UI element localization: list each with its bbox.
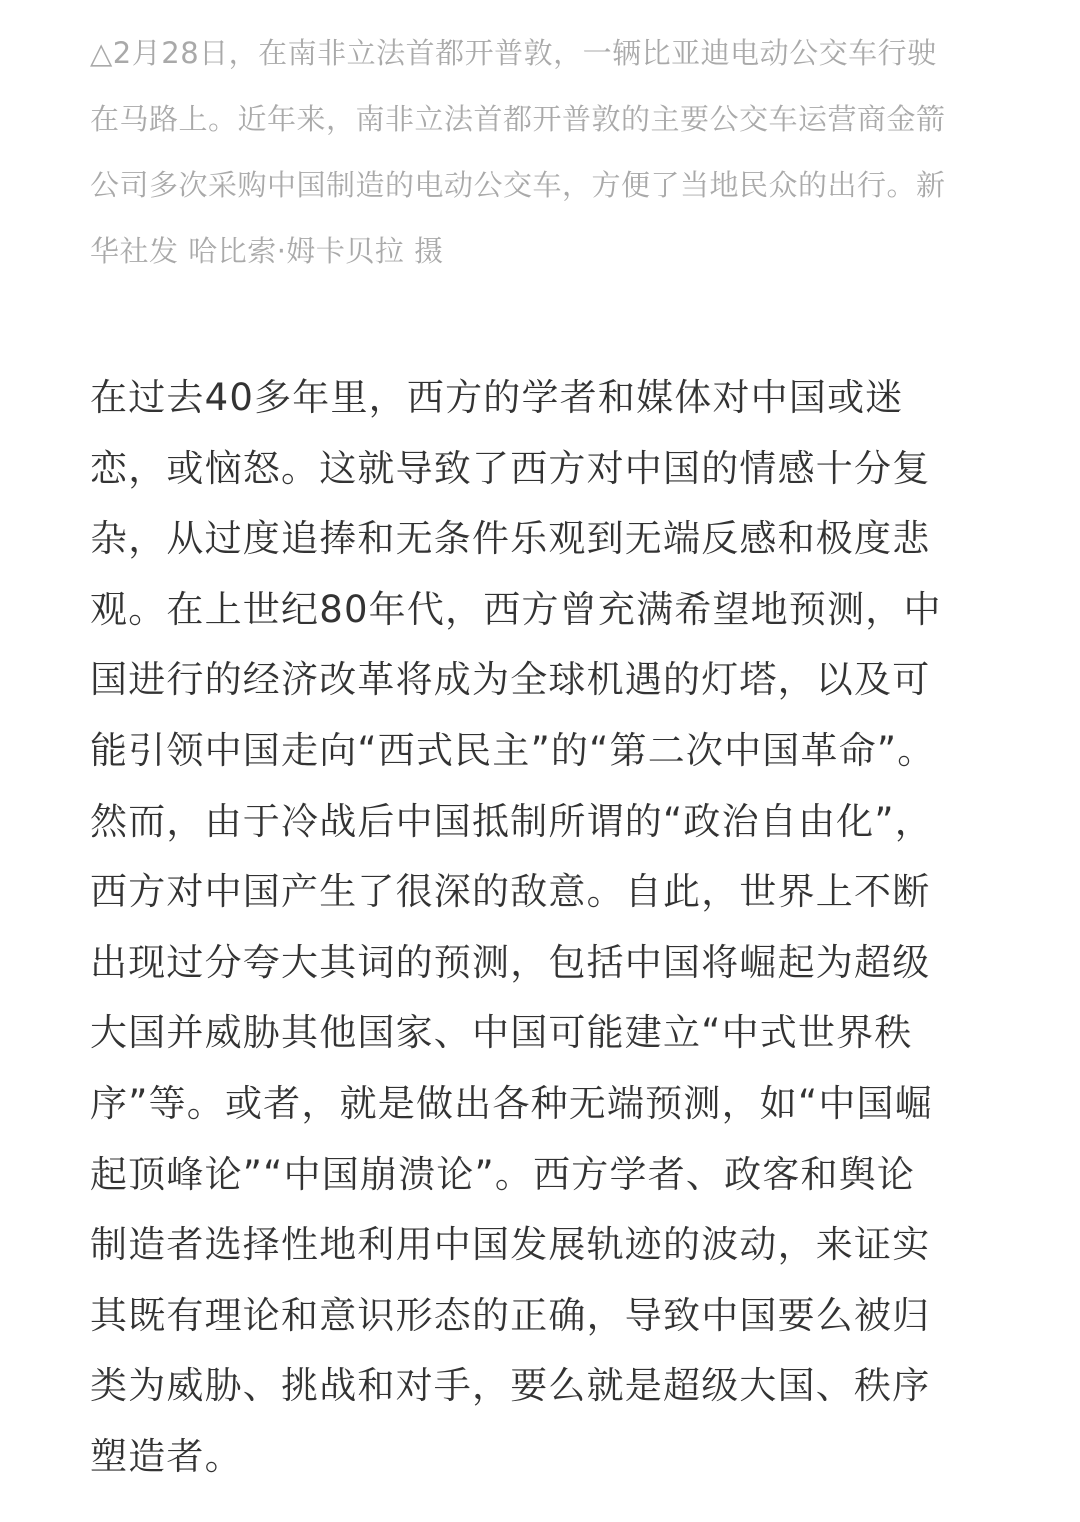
paragraph-line: 大国并威胁其他国家、中国可能建立“中式世界秩	[90, 998, 1000, 1069]
paragraph-line: 起顶峰论”“中国崩溃论”。西方学者、政客和舆论	[90, 1140, 1000, 1211]
paragraph-line: 观。在上世纪80年代，西方曾充满希望地预测，中	[90, 575, 1000, 646]
paragraph-line: 序”等。或者，就是做出各种无端预测，如“中国崛	[90, 1069, 1000, 1140]
paragraph-line: 出现过分夸大其词的预测，包括中国将崛起为超级	[90, 928, 1000, 999]
photo-caption: △2月28日，在南非立法首都开普敦，一辆比亚迪电动公交车行驶 在马路上。近年来，…	[90, 20, 1000, 284]
caption-line: 公司多次采购中国制造的电动公交车，方便了当地民众的出行。新	[90, 152, 1000, 218]
paragraph-line: 类为威胁、挑战和对手，要么就是超级大国、秩序	[90, 1351, 1000, 1422]
paragraph-line: 西方对中国产生了很深的敌意。自此，世界上不断	[90, 857, 1000, 928]
paragraph-line: 然而，由于冷战后中国抵制所谓的“政治自由化”，	[90, 787, 1000, 858]
caption-line: △2月28日，在南非立法首都开普敦，一辆比亚迪电动公交车行驶	[90, 20, 1000, 86]
paragraph-line: 国进行的经济改革将成为全球机遇的灯塔，以及可	[90, 645, 1000, 716]
paragraph-line: 杂，从过度追捧和无条件乐观到无端反感和极度悲	[90, 504, 1000, 575]
caption-line: 华社发 哈比索·姆卡贝拉 摄	[90, 218, 1000, 284]
caption-line: 在马路上。近年来，南非立法首都开普敦的主要公交车运营商金箭	[90, 86, 1000, 152]
paragraph-line: 恋，或恼怒。这就导致了西方对中国的情感十分复	[90, 434, 1000, 505]
article-paragraph: 在过去40多年里，西方的学者和媒体对中国或迷 恋，或恼怒。这就导致了西方对中国的…	[90, 363, 1000, 1493]
paragraph-line: 塑造者。	[90, 1422, 1000, 1493]
paragraph-line: 制造者选择性地利用中国发展轨迹的波动，来证实	[90, 1210, 1000, 1281]
paragraph-line: 其既有理论和意识形态的正确，导致中国要么被归	[90, 1281, 1000, 1352]
paragraph-line: 在过去40多年里，西方的学者和媒体对中国或迷	[90, 363, 1000, 434]
paragraph-line: 能引领中国走向“西式民主”的“第二次中国革命”。	[90, 716, 1000, 787]
